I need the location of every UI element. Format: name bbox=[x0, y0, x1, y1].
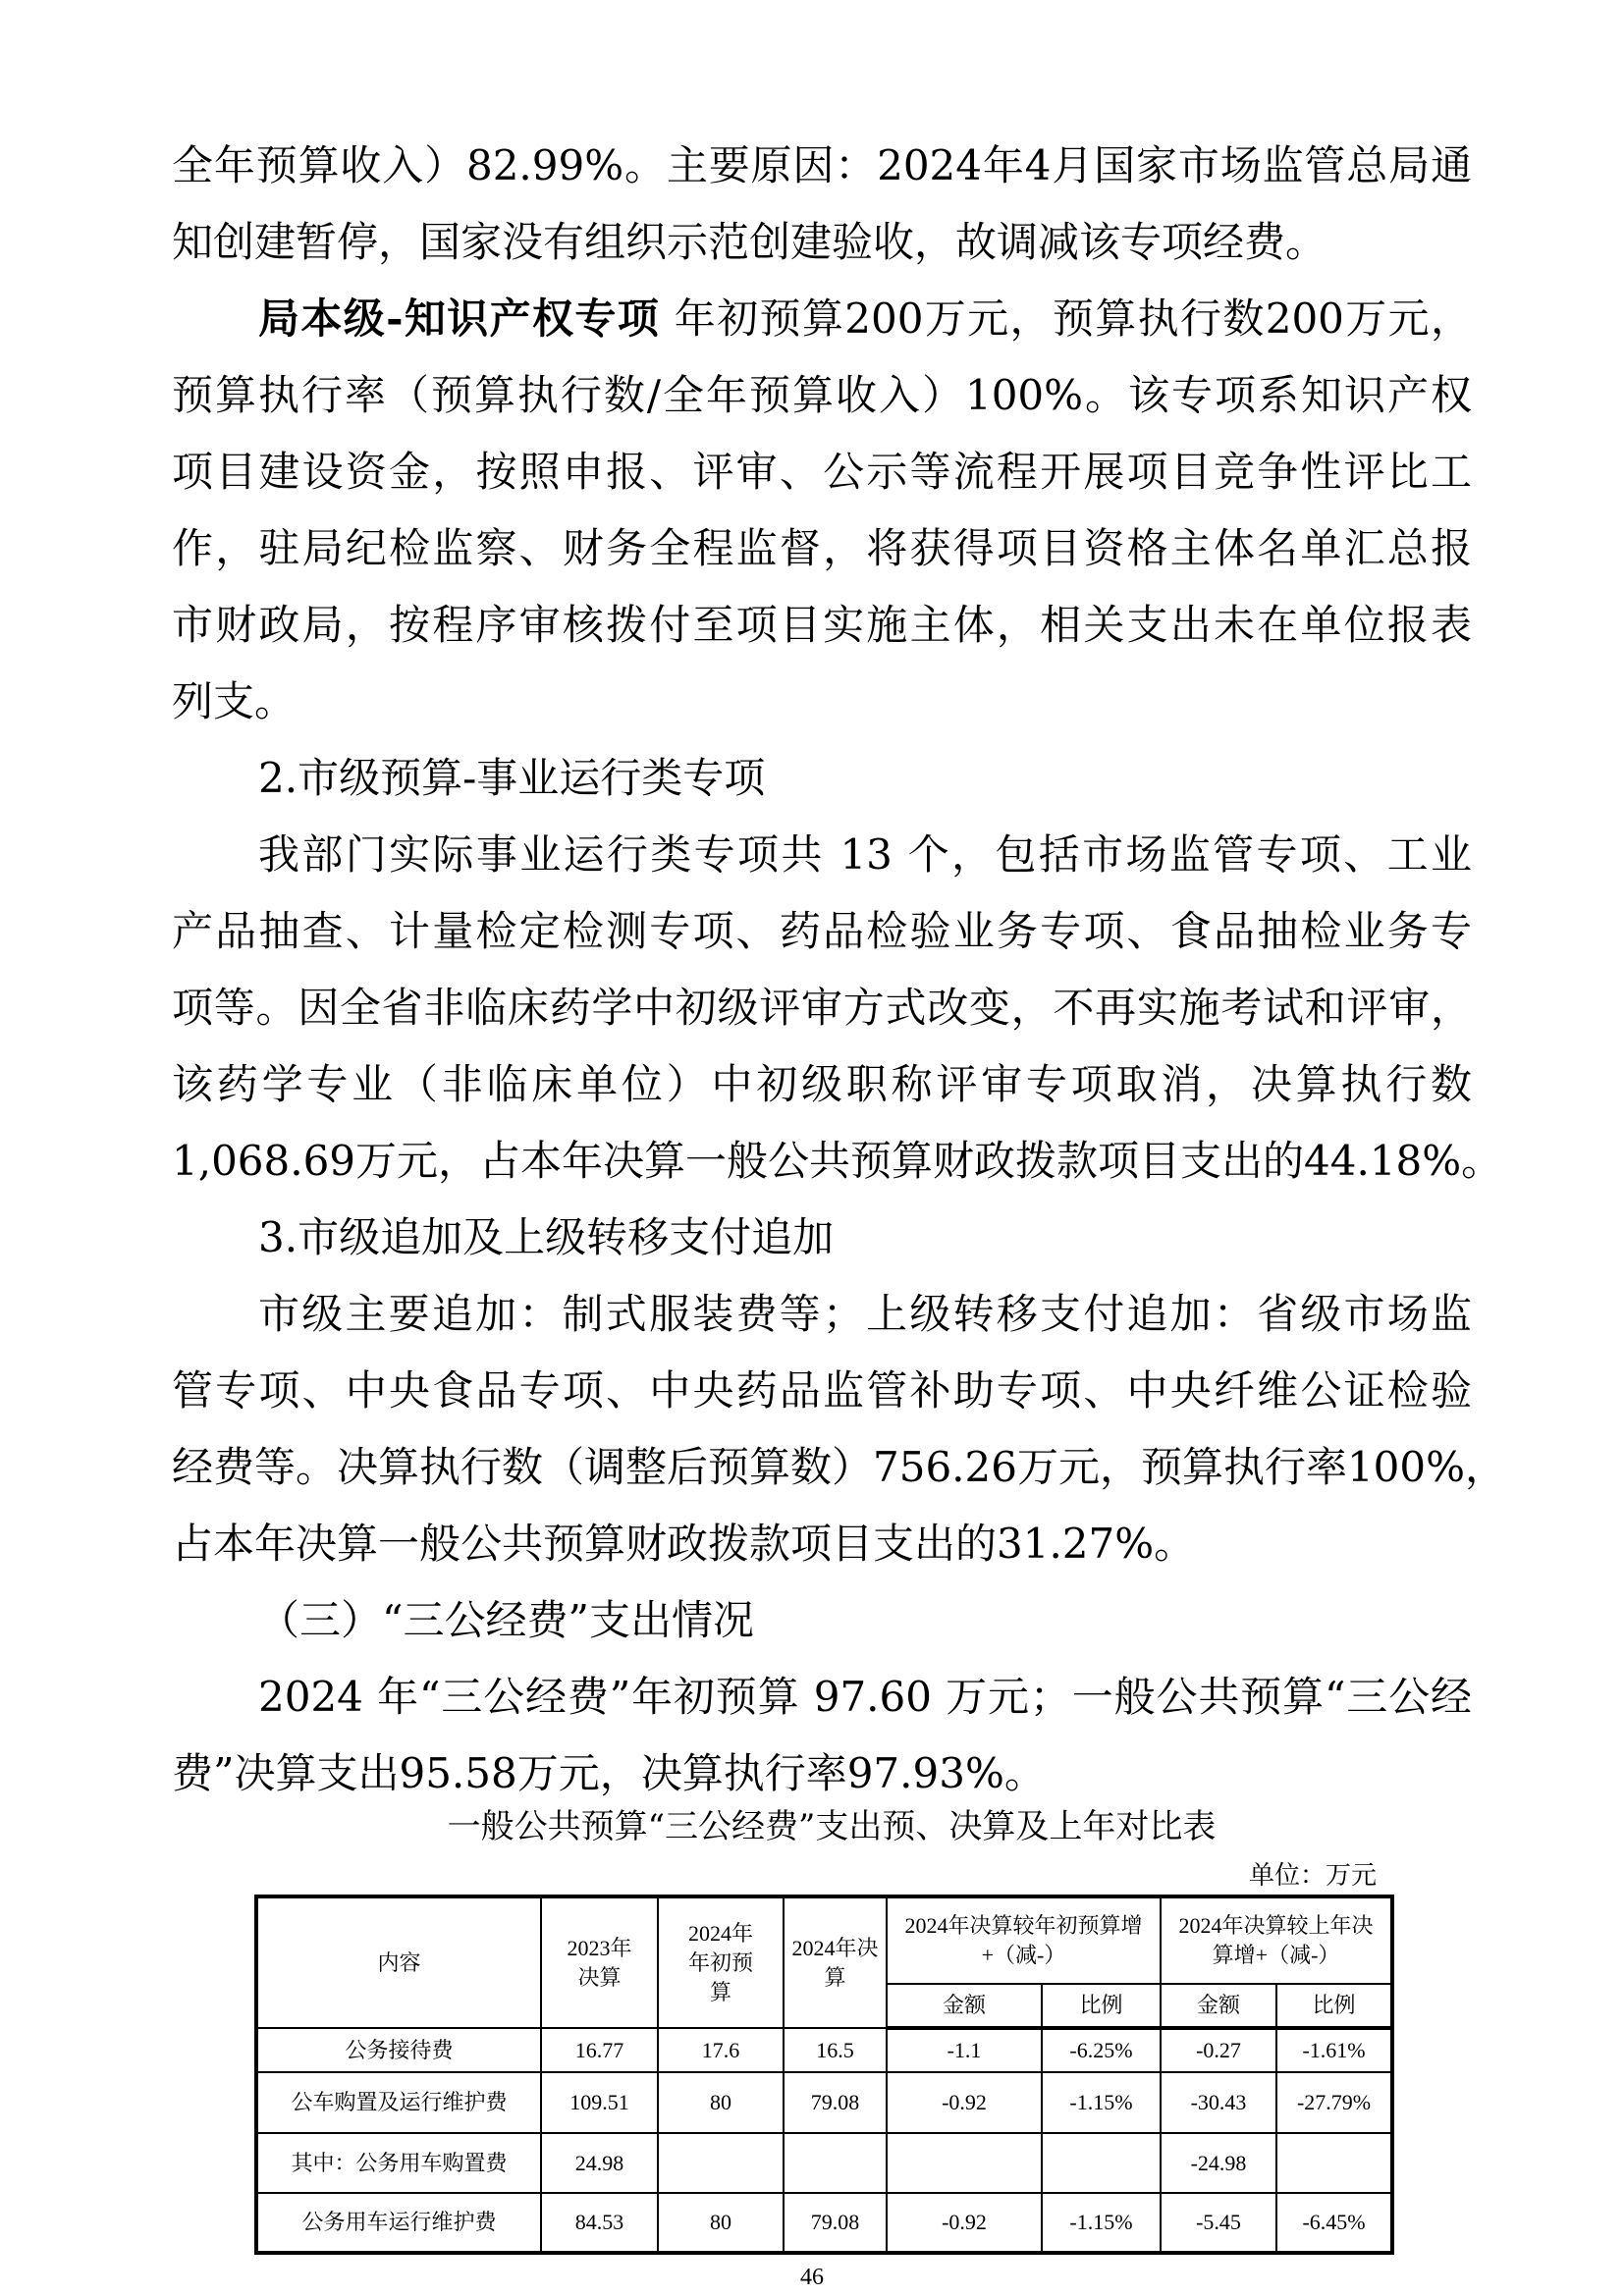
cell-ratio-budget: -1.15% bbox=[1042, 2072, 1161, 2133]
cell-name: 公务用车运行维护费 bbox=[256, 2193, 541, 2253]
cell-diff-budget: -0.92 bbox=[887, 2193, 1042, 2253]
cell-2023-final: 16.77 bbox=[541, 2028, 658, 2072]
cell-ratio-last: -6.45% bbox=[1276, 2193, 1392, 2253]
cell-2023-final: 84.53 bbox=[541, 2193, 658, 2253]
paragraph-line: 我部门实际事业运行类专项共 13 个，包括市场监管专项、工业 bbox=[172, 817, 1472, 893]
table-row: 其中：公务用车购置费 24.98 -24.98 bbox=[256, 2133, 1392, 2193]
cell-diff-budget bbox=[887, 2133, 1042, 2193]
cell-ratio-last: -27.79% bbox=[1276, 2072, 1392, 2133]
cell-2024-final: 79.08 bbox=[784, 2193, 887, 2253]
cell-diff-budget: -1.1 bbox=[887, 2028, 1042, 2072]
cell-name: 公务接待费 bbox=[256, 2028, 541, 2072]
paragraph-line: 知创建暂停，国家没有组织示范创建验收，故调减该专项经费。 bbox=[172, 204, 1472, 281]
table-row: 公务用车运行维护费 84.53 80 79.08 -0.92 -1.15% -5… bbox=[256, 2193, 1392, 2253]
paragraph-line: 产品抽查、计量检定检测专项、药品检验业务专项、食品抽检业务专 bbox=[172, 893, 1472, 970]
header-2024-final: 2024年决算 bbox=[784, 1896, 887, 2028]
header-ratio-1: 比例 bbox=[1042, 1984, 1161, 2028]
cell-ratio-budget bbox=[1042, 2133, 1161, 2193]
section-heading: （三）“三公经费”支出情况 bbox=[172, 1582, 1472, 1659]
header-ratio-2: 比例 bbox=[1276, 1984, 1392, 2028]
paragraph-line: 全年预算收入）82.99%。主要原因：2024年4月国家市场监管总局通 bbox=[172, 128, 1472, 204]
paragraph-line: 该药学专业（非临床单位）中初级职称评审专项取消，决算执行数 bbox=[172, 1046, 1472, 1123]
header-amount-2: 金额 bbox=[1161, 1984, 1276, 2028]
paragraph-line: 预算执行率（预算执行数/全年预算收入）100%。该专项系知识产权 bbox=[172, 357, 1472, 434]
paragraph-line: 占本年决算一般公共预算财政拨款项目支出的31.27%。 bbox=[172, 1506, 1472, 1582]
cell-ratio-last: -1.61% bbox=[1276, 2028, 1392, 2072]
header-2024-budget: 2024年年初预算 bbox=[658, 1896, 784, 2028]
item-heading-ip: 局本级-知识产权专项 bbox=[258, 294, 660, 343]
paragraph-line: 项目建设资金，按照申报、评审、公示等流程开展项目竞争性评比工 bbox=[172, 434, 1472, 510]
cell-2024-budget: 80 bbox=[658, 2193, 784, 2253]
cell-2024-final bbox=[784, 2133, 887, 2193]
paragraph-line: 项等。因全省非临床药学中初级评审方式改变，不再实施考试和评审， bbox=[172, 970, 1472, 1046]
paragraph-line: 经费等。决算执行数（调整后预算数）756.26万元，预算执行率100%， bbox=[172, 1429, 1472, 1506]
table-title: 一般公共预算“三公经费”支出预、决算及上年对比表 bbox=[0, 1802, 1624, 1851]
cell-diff-last: -0.27 bbox=[1161, 2028, 1276, 2072]
paragraph-line: 列支。 bbox=[172, 664, 1472, 740]
cell-ratio-budget: -6.25% bbox=[1042, 2028, 1161, 2072]
paragraph-line: 管专项、中央食品专项、中央药品监管补助专项、中央纤维公证检验 bbox=[172, 1353, 1472, 1429]
cell-2024-final: 79.08 bbox=[784, 2072, 887, 2133]
table-header-row: 内容 2023年决算 2024年年初预算 2024年决算 2024年决算较年初预… bbox=[256, 1896, 1392, 1984]
paragraph-line: 2024 年“三公经费”年初预算 97.60 万元；一般公共预算“三公经 bbox=[172, 1659, 1472, 1735]
cell-2024-budget: 17.6 bbox=[658, 2028, 784, 2072]
header-vs-budget: 2024年决算较年初预算增+（减-） bbox=[887, 1896, 1161, 1984]
cell-diff-budget: -0.92 bbox=[887, 2072, 1042, 2133]
cell-ratio-budget: -1.15% bbox=[1042, 2193, 1161, 2253]
cell-2024-final: 16.5 bbox=[784, 2028, 887, 2072]
cell-name: 其中：公务用车购置费 bbox=[256, 2133, 541, 2193]
cell-diff-last: -30.43 bbox=[1161, 2072, 1276, 2133]
subsection-heading: 2.市级预算-事业运行类专项 bbox=[172, 740, 1472, 817]
header-2023-final: 2023年决算 bbox=[541, 1896, 658, 2028]
body-text: 全年预算收入）82.99%。主要原因：2024年4月国家市场监管总局通 知创建暂… bbox=[172, 128, 1472, 1812]
header-vs-last-year: 2024年决算较上年决算增+（减-） bbox=[1161, 1896, 1392, 1984]
paragraph-line: 市级主要追加：制式服装费等；上级转移支付追加：省级市场监 bbox=[172, 1276, 1472, 1353]
header-amount-1: 金额 bbox=[887, 1984, 1042, 2028]
cell-2024-budget bbox=[658, 2133, 784, 2193]
paragraph-line: 费”决算支出95.58万元，决算执行率97.93%。 bbox=[172, 1735, 1472, 1812]
cell-diff-last: -5.45 bbox=[1161, 2193, 1276, 2253]
cell-2023-final: 109.51 bbox=[541, 2072, 658, 2133]
document-page: 全年预算收入）82.99%。主要原因：2024年4月国家市场监管总局通 知创建暂… bbox=[0, 0, 1624, 2296]
table-row: 公车购置及运行维护费 109.51 80 79.08 -0.92 -1.15% … bbox=[256, 2072, 1392, 2133]
cell-ratio-last bbox=[1276, 2133, 1392, 2193]
paragraph-line: 市财政局，按程序审核拨付至项目实施主体，相关支出未在单位报表 bbox=[172, 587, 1472, 664]
subsection-heading: 3.市级追加及上级转移支付追加 bbox=[172, 1200, 1472, 1276]
cell-diff-last: -24.98 bbox=[1161, 2133, 1276, 2193]
item-text: 年初预算200万元，预算执行数200万元， bbox=[660, 294, 1472, 343]
header-content: 内容 bbox=[256, 1896, 541, 2028]
cell-2023-final: 24.98 bbox=[541, 2133, 658, 2193]
table-row: 公务接待费 16.77 17.6 16.5 -1.1 -6.25% -0.27 … bbox=[256, 2028, 1392, 2072]
three-public-expenses-table: 内容 2023年决算 2024年年初预算 2024年决算 2024年决算较年初预… bbox=[254, 1895, 1394, 2255]
cell-name: 公车购置及运行维护费 bbox=[256, 2072, 541, 2133]
page-number: 46 bbox=[0, 2264, 1624, 2291]
paragraph-line: 作，驻局纪检监察、财务全程监督，将获得项目资格主体名单汇总报 bbox=[172, 510, 1472, 587]
cell-2024-budget: 80 bbox=[658, 2072, 784, 2133]
table-unit: 单位：万元 bbox=[1178, 1858, 1377, 1894]
paragraph-line: 1,068.69万元，占本年决算一般公共预算财政拨款项目支出的44.18%。 bbox=[172, 1123, 1472, 1200]
paragraph-line: 局本级-知识产权专项 年初预算200万元，预算执行数200万元， bbox=[172, 281, 1472, 357]
